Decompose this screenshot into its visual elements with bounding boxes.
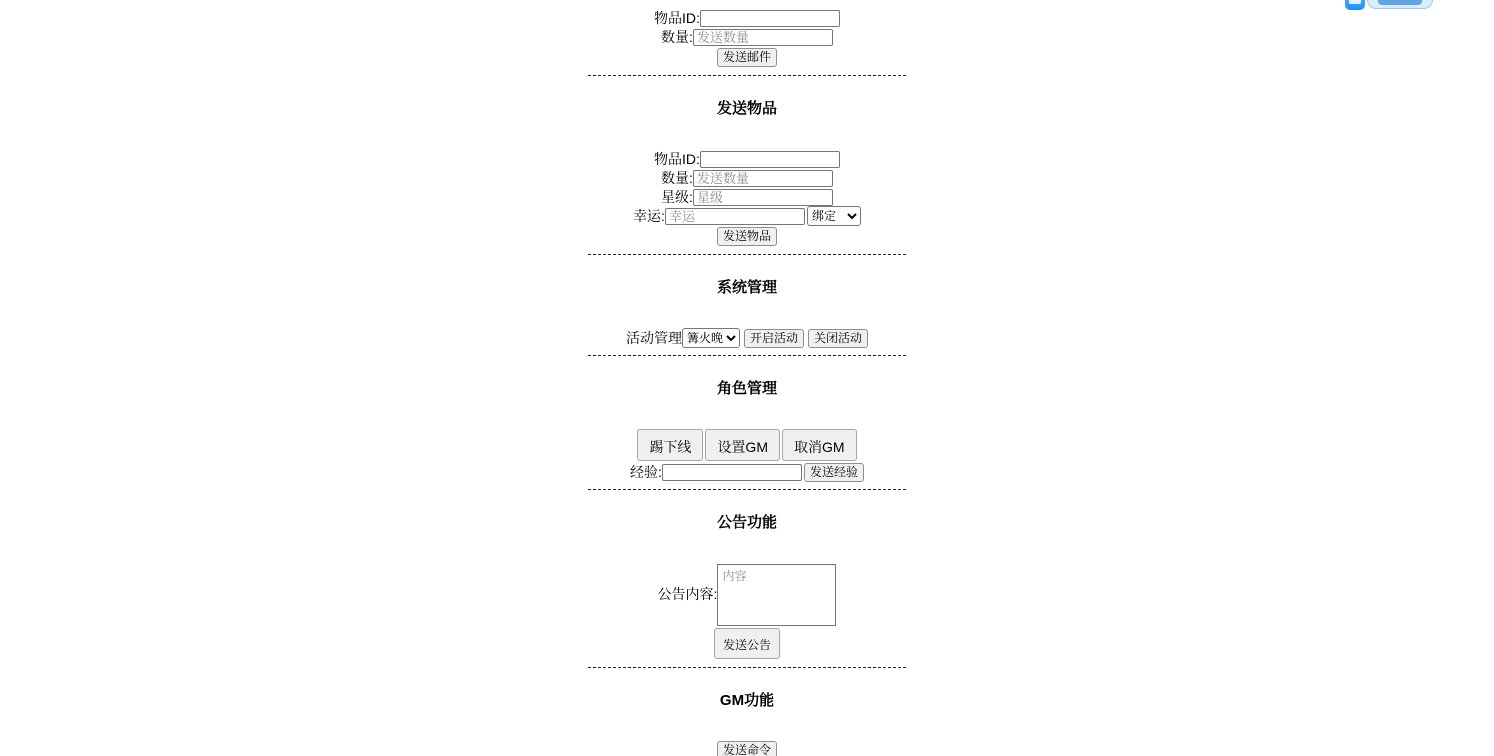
item-id-row: 物品ID: [577,149,917,168]
open-activity-button[interactable]: 开启活动 [744,329,804,348]
section-divider [588,667,906,668]
send-announce-button[interactable]: 发送公告 [714,628,780,659]
send-item-button[interactable]: 发送物品 [717,227,777,246]
activity-select[interactable]: 篝火晚宴 [682,328,740,348]
item-star-input[interactable] [693,189,833,206]
section-divider [588,254,906,255]
exp-label: 经验: [630,464,662,480]
role-heading: 角色管理 [577,380,917,397]
section-divider [588,489,906,490]
send-item-section: 物品ID: 数量: 星级: 幸运:绑定 发送物品 [577,149,917,246]
gm-tool-page: 物品ID: 数量: 发送邮件 发送物品 物品ID: 数量: 星级: 幸运:绑定 [0,0,1494,756]
announce-content-textarea[interactable] [717,564,836,626]
gm-heading: GM功能 [577,692,917,709]
role-section: 踢下线设置GM取消GM 经验:发送经验 [577,429,917,481]
widget-logo-icon[interactable] [1345,0,1365,10]
role-buttons-row: 踢下线设置GM取消GM [577,429,917,461]
item-qty-input[interactable] [693,170,833,187]
widget-pill-button[interactable] [1367,0,1433,9]
system-heading: 系统管理 [577,279,917,296]
send-mail-button[interactable]: 发送邮件 [717,48,777,67]
item-id-input[interactable] [700,151,840,168]
gm-section: 发送命令 [577,741,917,756]
item-star-row: 星级: [577,187,917,206]
send-mail-section: 物品ID: 数量: 发送邮件 [577,8,917,67]
section-divider [588,75,906,76]
mail-qty-label: 数量: [661,29,693,45]
item-qty-row: 数量: [577,168,917,187]
set-gm-button[interactable]: 设置GM [705,429,780,461]
form-column: 物品ID: 数量: 发送邮件 发送物品 物品ID: 数量: 星级: 幸运:绑定 [577,0,917,756]
system-section: 活动管理篝火晚宴开启活动关闭活动 [577,328,917,347]
widget-pill-text [1378,0,1422,5]
close-activity-button[interactable]: 关闭活动 [808,329,868,348]
send-exp-button[interactable]: 发送经验 [804,463,864,482]
announce-section: 公告内容: 发送公告 [577,563,917,659]
item-qty-label: 数量: [661,170,693,186]
send-item-heading: 发送物品 [577,100,917,117]
cancel-gm-button[interactable]: 取消GM [782,429,857,461]
item-star-label: 星级: [661,189,693,205]
item-lucky-input[interactable] [665,208,805,225]
activity-label: 活动管理 [626,330,682,346]
mail-item-id-row: 物品ID: [577,8,917,27]
announce-heading: 公告功能 [577,514,917,531]
kick-offline-button[interactable]: 踢下线 [637,429,703,461]
floating-widget [1345,0,1433,10]
exp-input[interactable] [662,464,802,481]
item-id-label: 物品ID: [654,151,700,167]
mail-qty-row: 数量: [577,27,917,46]
item-lucky-label: 幸运: [633,208,665,224]
announce-content-label: 公告内容: [658,586,718,602]
item-lucky-row: 幸运:绑定 [577,206,917,225]
mail-item-id-input[interactable] [700,10,840,27]
activity-row: 活动管理篝火晚宴开启活动关闭活动 [577,328,917,347]
bind-select[interactable]: 绑定 [807,206,861,226]
exp-row: 经验:发送经验 [577,462,917,481]
section-divider [588,355,906,356]
announce-content-row: 公告内容: [577,563,917,626]
mail-item-id-label: 物品ID: [654,10,700,26]
send-command-button[interactable]: 发送命令 [717,741,777,756]
mail-qty-input[interactable] [693,29,833,46]
